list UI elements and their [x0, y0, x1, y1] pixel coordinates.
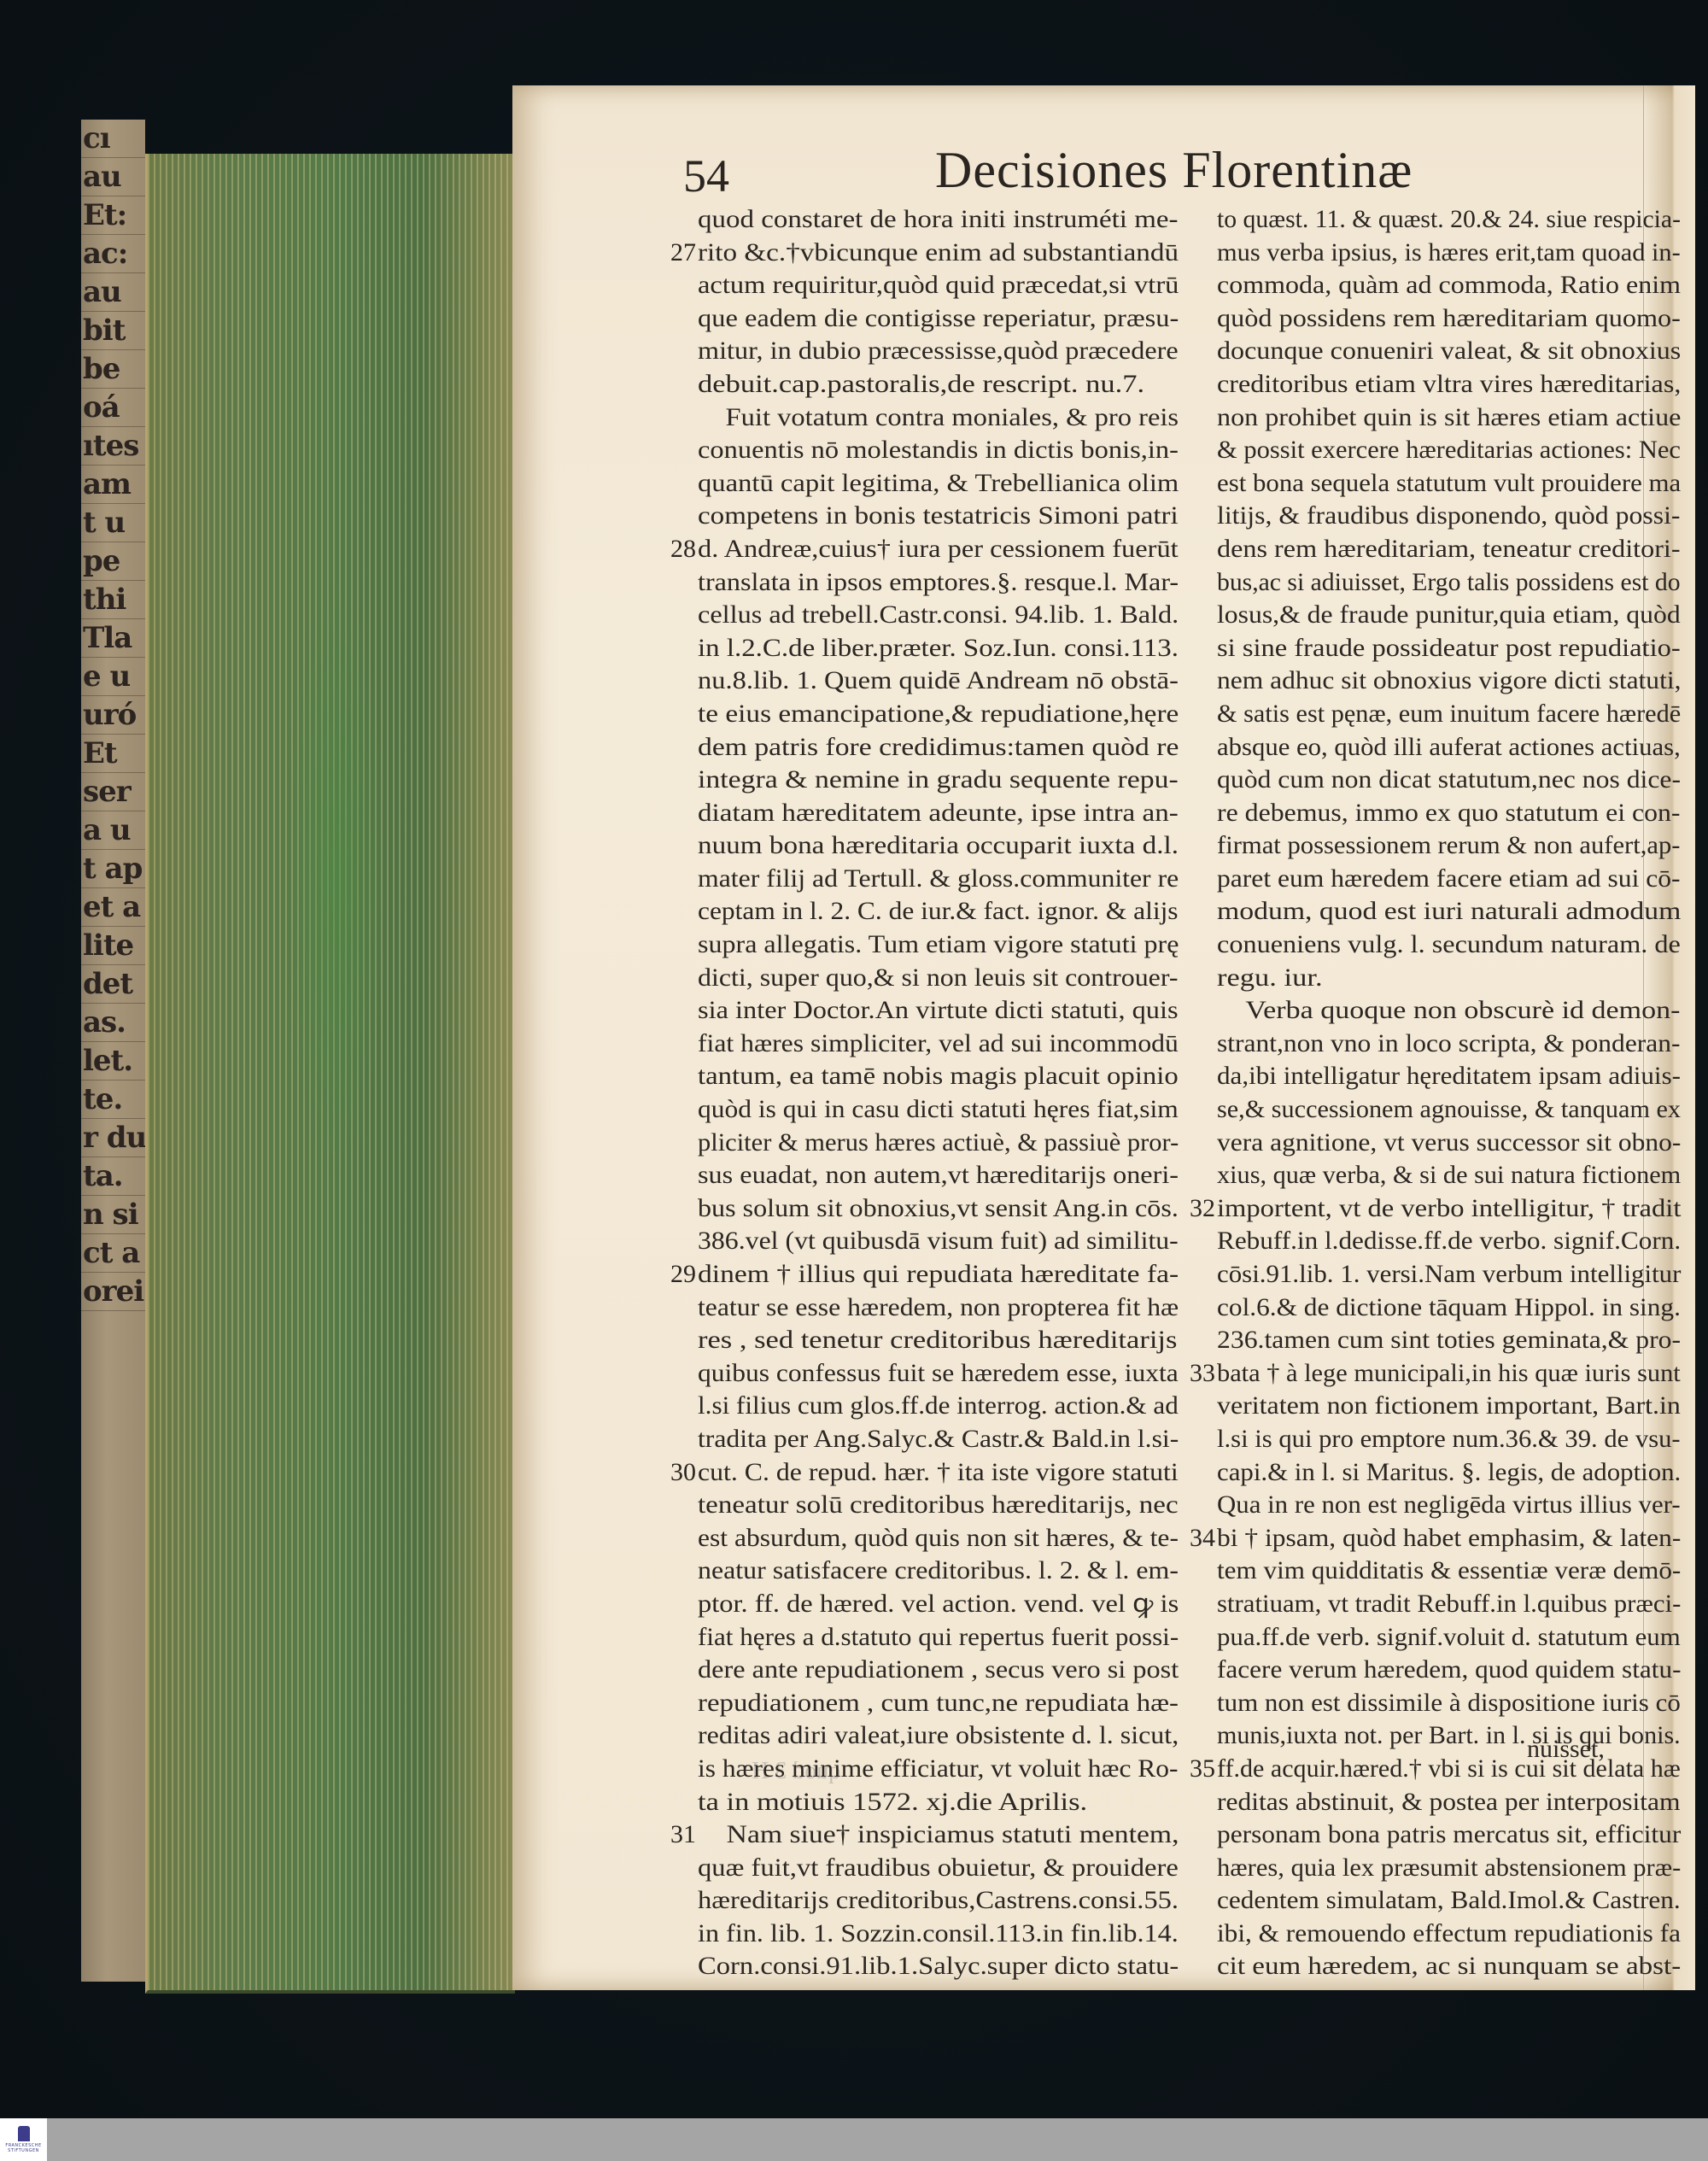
manuscript-line: lite [81, 927, 145, 965]
viewer-footer-bar: FRANCKESCHE STIFTUNGEN [0, 2118, 1708, 2161]
text-line: 386.vel (vt quibusdā visum fuit) ad simi… [649, 1225, 1179, 1258]
text-line: cōsi.91.lib. 1. versi.Nam verbum intelli… [1168, 1258, 1681, 1291]
text-line: docunque conueniri valeat, & sit obnoxiu… [1168, 335, 1681, 368]
line-text: Verba quoque non obscurè id demon- [1217, 994, 1680, 1028]
text-line: est absurdum, quòd quis non sit hæres, &… [649, 1522, 1179, 1555]
line-text: 386.vel (vt quibusdā visum fuit) ad simi… [698, 1225, 1179, 1258]
manuscript-line: am [81, 466, 145, 504]
text-line: actum requiritur,quòd quid præcedat,si v… [649, 269, 1179, 302]
line-text: neatur satisfacere creditoribus. l. 2. &… [698, 1555, 1179, 1588]
text-line: cit eum hæredem, ac si nunquam se abst- [1168, 1950, 1681, 1983]
line-text: strant,non vno in loco scripta, & ponder… [1217, 1028, 1681, 1061]
line-text: ibi, & remouendo effectum repudiationis … [1217, 1918, 1681, 1951]
line-text: tum non est dissimile à dispositione iur… [1217, 1687, 1681, 1720]
text-line: & possit exercere hæreditarias actiones:… [1168, 434, 1681, 467]
line-text: losus,& de fraude punitur,quia etiam, qu… [1217, 599, 1681, 632]
text-line: supra allegatis. Tum etiam vigore statut… [649, 928, 1179, 962]
line-text: dicti, super quo,& si non leuis sit cont… [698, 962, 1178, 995]
text-line: Corn.consi.91.lib.1.Salyc.super dicto st… [649, 1950, 1179, 1983]
line-text: conueniens vulg. l. secundum naturam. de [1217, 928, 1681, 962]
line-text: bus,ac si adiuisset, Ergo talis possiden… [1217, 566, 1681, 600]
text-line: mus verba ipsius, is hæres erit,tam quoa… [1168, 237, 1681, 270]
text-line: firmat possessionem rerum & non aufert,a… [1168, 829, 1681, 863]
text-line: cedentem simulatam, Bald.Imol.& Castren. [1168, 1884, 1681, 1918]
manuscript-line: te. [81, 1080, 145, 1119]
text-line: creditoribus etiam vltra vires hæreditar… [1168, 368, 1681, 401]
line-text: paret eum hæredem facere etiam ad sui cō… [1217, 863, 1681, 896]
text-line: col.6.& de dictione tāquam Hippol. in si… [1168, 1291, 1681, 1325]
line-text: reditas abstinuit, & postea per interpos… [1217, 1786, 1681, 1819]
text-line: diatam hæreditatem adeunte, ipse intra a… [649, 797, 1179, 830]
text-line: & satis est pęnæ, eum inuitum facere hær… [1168, 698, 1681, 731]
line-text: quòd cum non dicat statutum,nec nos dice… [1217, 764, 1681, 797]
catchword: nuisset, [1527, 1735, 1605, 1764]
text-line: quibus confessus fuit se hæredem esse, i… [649, 1357, 1179, 1391]
text-line: re debemus, immo ex quo statutum ei con- [1168, 797, 1681, 830]
line-text: 236.tamen cum sint toties geminata,& pro… [1217, 1324, 1681, 1357]
line-text: supra allegatis. Tum etiam vigore statut… [698, 928, 1179, 962]
line-text: absque eo, quòd illi auferat actiones ac… [1217, 731, 1681, 764]
line-text: d. Andreæ,cuius† iura per cessionem fuer… [698, 533, 1179, 566]
text-line: strant,non vno in loco scripta, & ponder… [1168, 1028, 1681, 1061]
running-title: Decisiones Florentinæ [935, 141, 1413, 200]
manuscript-line: ser [81, 773, 145, 811]
line-text: cedentem simulatam, Bald.Imol.& Castren. [1217, 1884, 1681, 1918]
manuscript-line: et a [81, 888, 145, 927]
line-text: res , sed tenetur creditoribus hæreditar… [698, 1324, 1177, 1357]
text-line: Fuit votatum contra moniales, & pro reis [649, 401, 1179, 435]
institution-logo: FRANCKESCHE STIFTUNGEN [0, 2118, 47, 2161]
line-text: to quæst. 11. & quæst. 20.& 24. siue res… [1217, 203, 1681, 237]
manuscript-line: Et [81, 735, 145, 773]
text-line: est bona sequela statutum vult prouidere… [1168, 467, 1681, 501]
line-text: teatur se esse hæredem, non propterea fi… [698, 1291, 1179, 1325]
text-line: 33bata † à lege municipali,in his quæ iu… [1168, 1357, 1681, 1391]
text-line: nuum bona hæreditaria occuparit iuxta d.… [649, 829, 1179, 863]
line-text: docunque conueniri valeat, & sit obnoxiu… [1217, 335, 1681, 368]
manuscript-line: orei [81, 1273, 145, 1311]
line-text: pliciter & merus hæres actiuè, & passiuè… [698, 1127, 1179, 1160]
text-line: quòd cum non dicat statutum,nec nos dice… [1168, 764, 1681, 797]
text-line: repudiationem , cum tunc,ne repudiata hæ… [649, 1687, 1179, 1720]
text-line: competens in bonis testatricis Simoni pa… [649, 500, 1179, 533]
line-text: quòd possidens rem hæreditariam quomo- [1217, 302, 1681, 336]
text-line: in fin. lib. 1. Sozzin.consil.113.in fin… [649, 1918, 1179, 1951]
text-line: Verba quoque non obscurè id demon- [1168, 994, 1681, 1028]
text-line: is hæres minime efficiatur, vt voluit hæ… [649, 1753, 1179, 1786]
line-text: conuentis nō molestandis in dictis bonis… [698, 434, 1179, 467]
line-text: actum requiritur,quòd quid præcedat,si v… [698, 269, 1179, 302]
marginal-number: 33 [1168, 1357, 1215, 1391]
line-text: ptor. ff. de hæred. vel action. vend. ve… [698, 1588, 1179, 1621]
line-text: mater filij ad Tertull. & gloss.communit… [698, 863, 1179, 896]
line-text: repudiationem , cum tunc,ne repudiata hæ… [698, 1687, 1179, 1720]
line-text: nem adhuc sit obnoxius vigore dicti stat… [1217, 665, 1681, 698]
text-line: ceptam in l. 2. C. de iur.& fact. ignor.… [649, 895, 1179, 928]
line-text: cut. C. de repud. hær. † ita iste vigore… [698, 1456, 1179, 1490]
text-line: sus euadat, non autem,vt hæreditarijs on… [649, 1159, 1179, 1192]
text-line: fiat hæres simpliciter, vel ad sui incom… [649, 1028, 1179, 1061]
line-text: nu.8.lib. 1. Quem quidē Andream nō obstā… [698, 665, 1179, 698]
line-text: integra & nemine in gradu sequente repu- [698, 764, 1179, 797]
line-text: da,ibi intelligatur hęreditatem ipsam ad… [1217, 1060, 1681, 1093]
text-line: 236.tamen cum sint toties geminata,& pro… [1168, 1324, 1681, 1357]
text-line: losus,& de fraude punitur,quia etiam, qu… [1168, 599, 1681, 632]
text-line: fiat hęres a d.statuto qui repertus fuer… [649, 1621, 1179, 1654]
text-line: reditas abstinuit, & postea per interpos… [1168, 1786, 1681, 1819]
text-line: hæres, quia lex præsumit abstensionem pr… [1168, 1852, 1681, 1885]
manuscript-line: oá [81, 389, 145, 427]
text-line: to quæst. 11. & quæst. 20.& 24. siue res… [1168, 203, 1681, 237]
line-text: ceptam in l. 2. C. de iur.& fact. ignor.… [698, 895, 1179, 928]
line-text: rito &c.†vbicunque enim ad substantiandū [698, 237, 1179, 270]
line-text: xius, quæ verba, & si de sui natura fict… [1217, 1159, 1681, 1192]
line-text: non prohibet quin is sit hæres etiam act… [1217, 401, 1681, 435]
text-line: conuentis nō molestandis in dictis bonis… [649, 434, 1179, 467]
text-line: absque eo, quòd illi auferat actiones ac… [1168, 731, 1681, 764]
line-text: hæres, quia lex præsumit abstensionem pr… [1217, 1852, 1681, 1885]
text-line: dens rem hæreditariam, teneatur creditor… [1168, 533, 1681, 566]
text-line: commoda, quàm ad commoda, Ratio enim [1168, 269, 1681, 302]
line-text: l.si is qui pro emptore num.36.& 39. de … [1217, 1423, 1681, 1456]
line-text: est absurdum, quòd quis non sit hæres, &… [698, 1522, 1179, 1555]
line-text: se,& successionem agnouisse, & tanquam e… [1217, 1093, 1681, 1127]
line-text: Fuit votatum contra moniales, & pro reis [698, 401, 1179, 435]
text-line: capi.& in l. si Maritus. §. legis, de ad… [1168, 1456, 1681, 1490]
line-text: dens rem hæreditariam, teneatur creditor… [1217, 533, 1681, 566]
text-line: res , sed tenetur creditoribus hæreditar… [649, 1324, 1179, 1357]
text-line: l.si is qui pro emptore num.36.& 39. de … [1168, 1423, 1681, 1456]
manuscript-line: thi [81, 581, 145, 619]
manuscript-line: ta. [81, 1157, 145, 1196]
line-text: tantum, ea tamē nobis magis placuit opin… [698, 1060, 1179, 1093]
text-line: 32importent, vt de verbo intelligitur, †… [1168, 1192, 1681, 1226]
text-line: neatur satisfacere creditoribus. l. 2. &… [649, 1555, 1179, 1588]
text-line: 28d. Andreæ,cuius† iura per cessionem fu… [649, 533, 1179, 566]
text-line: dere ante repudiationem , secus vero si … [649, 1654, 1179, 1687]
text-line: facere verum hæredem, quod quidem statu- [1168, 1654, 1681, 1687]
line-text: litijs, & fraudibus disponendo, quòd pos… [1217, 500, 1680, 533]
line-text: tradita per Ang.Salyc.& Castr.& Bald.in … [698, 1423, 1179, 1456]
line-text: is hæres minime efficiatur, vt voluit hæ… [698, 1753, 1178, 1786]
manuscript-line: det [81, 965, 145, 1004]
line-text: tem vim quidditatis & essentiæ veræ demō… [1217, 1555, 1681, 1588]
marginal-number: 32 [1168, 1192, 1215, 1226]
line-text: competens in bonis testatricis Simoni pa… [698, 500, 1179, 533]
line-text: te eius emancipatione,& repudiatione,hęr… [698, 698, 1179, 731]
text-line: l.si filius cum glos.ff.de interrog. act… [649, 1390, 1179, 1423]
text-line: stratiuam, vt tradit Rebuff.in l.quibus … [1168, 1588, 1681, 1621]
text-column-right: to quæst. 11. & quæst. 20.& 24. siue res… [1168, 203, 1681, 1983]
text-line: translata in ipsos emptores.§. resque.l.… [649, 566, 1179, 600]
text-line: personam bona patris mercatus sit, effic… [1168, 1818, 1681, 1852]
text-line: ibi, & remouendo effectum repudiationis … [1168, 1918, 1681, 1951]
text-line: in l.2.C.de liber.præter. Soz.Iun. consi… [649, 632, 1179, 665]
line-text: col.6.& de dictione tāquam Hippol. in si… [1217, 1291, 1681, 1325]
text-line: tantum, ea tamē nobis magis placuit opin… [649, 1060, 1179, 1093]
line-text: reditas adiri valeat,iure obsistente d. … [698, 1719, 1179, 1753]
manuscript-line: r du [81, 1119, 145, 1157]
manuscript-line: cı [81, 120, 145, 158]
line-text: fiat hęres a d.statuto qui repertus fuer… [698, 1621, 1179, 1654]
marginal-number: 29 [649, 1258, 696, 1291]
folio-number: 54 [683, 149, 729, 202]
text-line: que eadem die contigisse reperiatur, præ… [649, 302, 1179, 336]
line-text: commoda, quàm ad commoda, Ratio enim [1217, 269, 1681, 302]
text-line: 34bi † ipsam, quòd habet emphasim, & lat… [1168, 1522, 1681, 1555]
line-text: & possit exercere hæreditarias actiones:… [1217, 434, 1681, 467]
line-text: quæ fuit,vt fraudibus obuietur, & prouid… [698, 1852, 1179, 1885]
text-line: quòd possidens rem hæreditariam quomo- [1168, 302, 1681, 336]
text-line: 27rito &c.†vbicunque enim ad substantian… [649, 237, 1179, 270]
manuscript-line: t u [81, 504, 145, 542]
text-line: da,ibi intelligatur hęreditatem ipsam ad… [1168, 1060, 1681, 1093]
text-line: litijs, & fraudibus disponendo, quòd pos… [1168, 500, 1681, 533]
line-text: capi.& in l. si Maritus. §. legis, de ad… [1217, 1456, 1681, 1490]
line-text: ff.de acquir.hæred.† vbi si is cui sit d… [1217, 1753, 1681, 1786]
text-line: dicti, super quo,& si non leuis sit cont… [649, 962, 1179, 995]
text-line: 29dinem † illius qui repudiata hæreditat… [649, 1258, 1179, 1291]
line-text: in fin. lib. 1. Sozzin.consil.113.in fin… [698, 1918, 1179, 1951]
text-line: teatur se esse hæredem, non propterea fi… [649, 1291, 1179, 1325]
manuscript-line: be [81, 350, 145, 389]
text-line: non prohibet quin is sit hæres etiam act… [1168, 401, 1681, 435]
manuscript-line: Tla [81, 619, 145, 658]
logo-building-icon [18, 2126, 30, 2141]
line-text: veritatem non fictionem important, Bart.… [1217, 1390, 1681, 1423]
line-text: hæreditarijs creditoribus,Castrens.consi… [698, 1884, 1179, 1918]
text-line: tum non est dissimile à dispositione iur… [1168, 1687, 1681, 1720]
marginal-number: 31 [649, 1818, 696, 1852]
edge-stain [284, 581, 387, 1179]
line-text: in l.2.C.de liber.præter. Soz.Iun. consi… [698, 632, 1179, 665]
text-line: Qua in re non est negligēda virtus illiu… [1168, 1489, 1681, 1522]
line-text: si sine fraude possideatur post repudiat… [1217, 632, 1681, 665]
logo-text-line2: STIFTUNGEN [8, 2148, 39, 2153]
manuscript-line: ac: [81, 235, 145, 273]
manuscript-line: uró [81, 696, 145, 735]
line-text: est bona sequela statutum vult prouidere… [1217, 467, 1681, 501]
line-text: pua.ff.de verb. signif.voluit d. statutu… [1217, 1621, 1681, 1654]
text-line: pua.ff.de verb. signif.voluit d. statutu… [1168, 1621, 1681, 1654]
line-text: debuit.cap.pastoralis,de rescript. nu.7. [698, 368, 1144, 401]
marginal-number: 35 [1168, 1753, 1215, 1786]
text-line: mater filij ad Tertull. & gloss.communit… [649, 863, 1179, 896]
text-line: te eius emancipatione,& repudiatione,hęr… [649, 698, 1179, 731]
binding-manuscript-fragment: cıauEt:ac:aubitbeoáıtesamt upethiTlae uu… [81, 120, 145, 1982]
line-text: stratiuam, vt tradit Rebuff.in l.quibus … [1217, 1588, 1681, 1621]
line-text: quantū capit legitima, & Trebellianica o… [698, 467, 1179, 501]
text-line: nu.8.lib. 1. Quem quidē Andream nō obstā… [649, 665, 1179, 698]
text-line: dem patris fore credidimus:tamen quòd re [649, 731, 1179, 764]
manuscript-line: ıtes [81, 427, 145, 466]
text-line: teneatur solū creditoribus hæreditarijs,… [649, 1489, 1179, 1522]
line-text: mitur, in dubio præcessisse,quòd præcede… [698, 335, 1179, 368]
manuscript-line: au [81, 158, 145, 196]
line-text: firmat possessionem rerum & non aufert,a… [1217, 829, 1681, 863]
text-line: quæ fuit,vt fraudibus obuietur, & prouid… [649, 1852, 1179, 1885]
line-text: sus euadat, non autem,vt hæreditarijs on… [698, 1159, 1179, 1192]
line-text: l.si filius cum glos.ff.de interrog. act… [698, 1390, 1179, 1423]
page-block-fore-edge [145, 154, 515, 1994]
line-text: creditoribus etiam vltra vires hæreditar… [1217, 368, 1681, 401]
text-line: debuit.cap.pastoralis,de rescript. nu.7. [649, 368, 1179, 401]
text-line: vera agnitione, vt verus successor sit o… [1168, 1127, 1681, 1160]
line-text: quod constaret de hora initi instruméti … [698, 203, 1179, 237]
line-text: dere ante repudiationem , secus vero si … [698, 1654, 1179, 1687]
manuscript-line: pe [81, 542, 145, 581]
text-line: si sine fraude possideatur post repudiat… [1168, 632, 1681, 665]
text-line: ta in motiuis 1572. xj.die Aprilis. [649, 1786, 1179, 1819]
line-text: Corn.consi.91.lib.1.Salyc.super dicto st… [698, 1950, 1179, 1983]
line-text: importent, vt de verbo intelligitur, † t… [1217, 1192, 1681, 1226]
manuscript-line: n si [81, 1196, 145, 1234]
manuscript-line: t ap [81, 850, 145, 888]
line-text: cit eum hæredem, ac si nunquam se abst- [1217, 1950, 1681, 1983]
text-line: xius, quæ verba, & si de sui natura fict… [1168, 1159, 1681, 1192]
line-text: Qua in re non est negligēda virtus illiu… [1217, 1489, 1681, 1522]
marginal-number: 34 [1168, 1522, 1215, 1555]
line-text: translata in ipsos emptores.§. resque.l.… [698, 566, 1179, 600]
line-text: munis,iuxta not. per Bart. in l. si is q… [1217, 1719, 1681, 1753]
manuscript-line: Et: [81, 196, 145, 235]
text-line: tem vim quidditatis & essentiæ veræ demō… [1168, 1555, 1681, 1588]
text-line: veritatem non fictionem important, Bart.… [1168, 1390, 1681, 1423]
line-text: ta in motiuis 1572. xj.die Aprilis. [698, 1786, 1087, 1819]
line-text: nuum bona hæreditaria occuparit iuxta d.… [698, 829, 1179, 863]
line-text: facere verum hæredem, quod quidem statu- [1217, 1654, 1682, 1687]
manuscript-line: as. [81, 1004, 145, 1042]
manuscript-line: ct a [81, 1234, 145, 1273]
text-line: regu. iur. [1168, 962, 1681, 995]
text-line: cellus ad trebell.Castr.consi. 94.lib. 1… [649, 599, 1179, 632]
manuscript-line: bit [81, 312, 145, 350]
manuscript-line: a u [81, 811, 145, 850]
text-line: bus,ac si adiuisset, Ergo talis possiden… [1168, 566, 1681, 600]
text-line: reditas adiri valeat,iure obsistente d. … [649, 1719, 1179, 1753]
line-text: re debemus, immo ex quo statutum ei con- [1217, 797, 1681, 830]
text-line: hæreditarijs creditoribus,Castrens.consi… [649, 1884, 1179, 1918]
line-text: quòd is qui in casu dicti statuti hęres … [698, 1093, 1179, 1127]
line-text: bus solum sit obnoxius,vt sensit Ang.in … [698, 1192, 1179, 1226]
manuscript-line: e u [81, 658, 145, 696]
text-line: conueniens vulg. l. secundum naturam. de [1168, 928, 1681, 962]
text-line: bus solum sit obnoxius,vt sensit Ang.in … [649, 1192, 1179, 1226]
text-line: quòd is qui in casu dicti statuti hęres … [649, 1093, 1179, 1127]
text-column-left: quod constaret de hora initi instruméti … [649, 203, 1179, 1983]
text-line: 30cut. C. de repud. hær. † ita iste vigo… [649, 1456, 1179, 1490]
line-text: cellus ad trebell.Castr.consi. 94.lib. 1… [698, 599, 1179, 632]
line-text: sia inter Doctor.An virtute dicti statut… [698, 994, 1179, 1028]
line-text: dem patris fore credidimus:tamen quòd re [698, 731, 1179, 764]
line-text: Nam siue† inspiciamus statuti mentem, [698, 1818, 1179, 1852]
line-text: fiat hæres simpliciter, vel ad sui incom… [698, 1028, 1179, 1061]
text-line: quod constaret de hora initi instruméti … [649, 203, 1179, 237]
text-line: se,& successionem agnouisse, & tanquam e… [1168, 1093, 1681, 1127]
line-text: modum, quod est iuri naturali admodum [1217, 895, 1681, 928]
line-text: regu. iur. [1217, 962, 1323, 995]
text-line: quantū capit legitima, & Trebellianica o… [649, 467, 1179, 501]
line-text: & satis est pęnæ, eum inuitum facere hær… [1217, 698, 1681, 731]
text-line: tradita per Ang.Salyc.& Castr.& Bald.in … [649, 1423, 1179, 1456]
line-text: dinem † illius qui repudiata hæreditate … [698, 1258, 1179, 1291]
text-line: modum, quod est iuri naturali admodum [1168, 895, 1681, 928]
line-text: diatam hæreditatem adeunte, ipse intra a… [698, 797, 1179, 830]
running-head: 54 Decisiones Florentinæ [683, 141, 1452, 201]
marginal-number: 27 [649, 237, 696, 270]
manuscript-line: let. [81, 1042, 145, 1080]
line-text: teneatur solū creditoribus hæreditarijs,… [698, 1489, 1179, 1522]
line-text: bata † à lege municipali,in his quæ iuri… [1217, 1357, 1681, 1391]
text-line: integra & nemine in gradu sequente repu- [649, 764, 1179, 797]
line-text: bi † ipsam, quòd habet emphasim, & laten… [1217, 1522, 1681, 1555]
text-line: sia inter Doctor.An virtute dicti statut… [649, 994, 1179, 1028]
line-text: que eadem die contigisse reperiatur, præ… [698, 302, 1179, 336]
text-line: paret eum hæredem facere etiam ad sui cō… [1168, 863, 1681, 896]
line-text: personam bona patris mercatus sit, effic… [1217, 1818, 1681, 1852]
text-line: nem adhuc sit obnoxius vigore dicti stat… [1168, 665, 1681, 698]
marginal-number: 30 [649, 1456, 696, 1490]
manuscript-line: au [81, 273, 145, 312]
line-text: Rebuff.in l.dedisse.ff.de verbo. signif.… [1217, 1225, 1681, 1258]
text-line: ptor. ff. de hæred. vel action. vend. ve… [649, 1588, 1179, 1621]
line-text: mus verba ipsius, is hæres erit,tam quoa… [1217, 237, 1681, 270]
text-line: mitur, in dubio præcessisse,quòd præcede… [649, 335, 1179, 368]
text-line: Rebuff.in l.dedisse.ff.de verbo. signif.… [1168, 1225, 1681, 1258]
line-text: cōsi.91.lib. 1. versi.Nam verbum intelli… [1217, 1258, 1681, 1291]
line-text: quibus confessus fuit se hæredem esse, i… [698, 1357, 1179, 1391]
text-line: 31 Nam siue† inspiciamus statuti mentem, [649, 1818, 1179, 1852]
line-text: vera agnitione, vt verus successor sit o… [1217, 1127, 1681, 1160]
text-line: pliciter & merus hæres actiuè, & passiuè… [649, 1127, 1179, 1160]
marginal-number: 28 [649, 533, 696, 566]
